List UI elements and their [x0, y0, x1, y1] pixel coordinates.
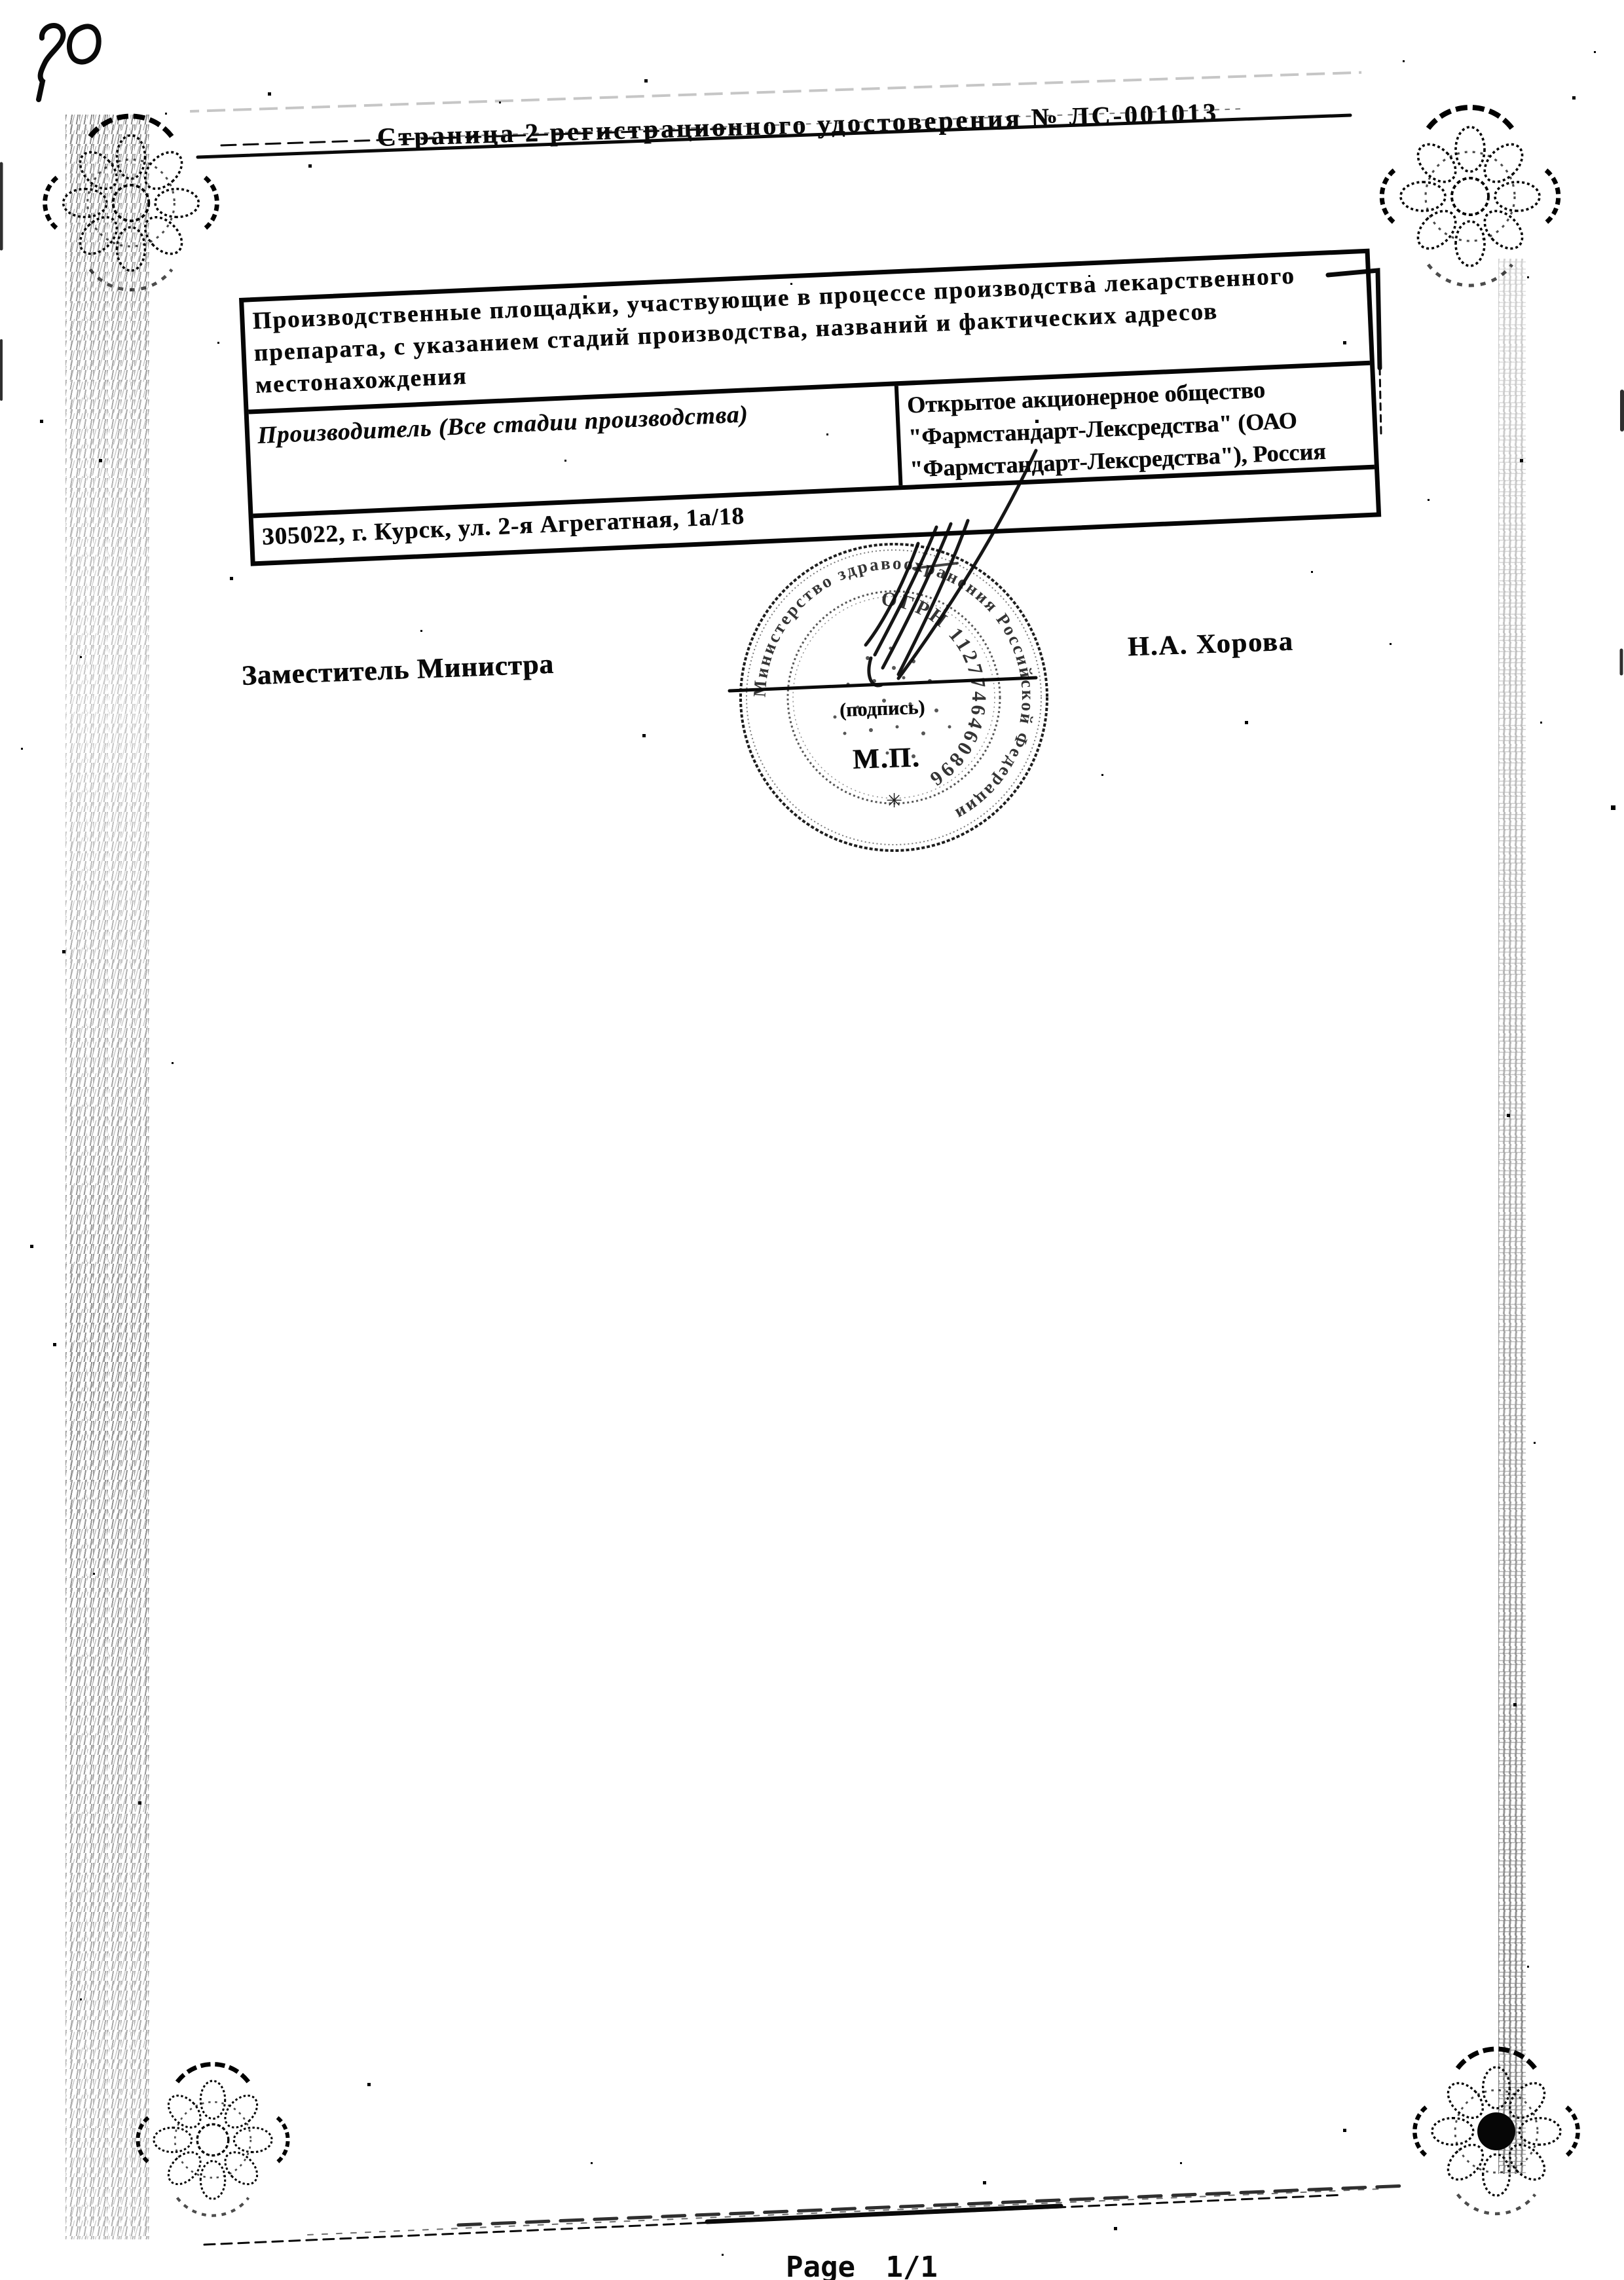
footer-page-indicator: Page 1/1 [786, 2251, 938, 2280]
rosette-top-left [45, 116, 217, 289]
scan-noise-specks [0, 0, 2, 2]
production-sites-table: Производственные площадки, участвующие в… [239, 249, 1381, 566]
bottom-border-lines [204, 2186, 1407, 2245]
scanned-document-page: Министерство здравоохранения Российской … [0, 0, 1624, 2280]
producer-value-cell: Открытое акционерное общество "Фармстанд… [895, 365, 1375, 486]
signatory-name: Н.А. Хорова [1127, 626, 1294, 663]
rosette-top-right [1382, 107, 1559, 285]
seal-place-mark: М.П. [852, 741, 921, 776]
signature-caption: (подпись) [839, 697, 925, 722]
rosette-bottom-left [138, 2064, 287, 2215]
stamp-star: ✳ [886, 790, 902, 812]
bottom-right-ink-dot [1477, 2112, 1515, 2150]
handwritten-number-strokes [39, 26, 99, 100]
